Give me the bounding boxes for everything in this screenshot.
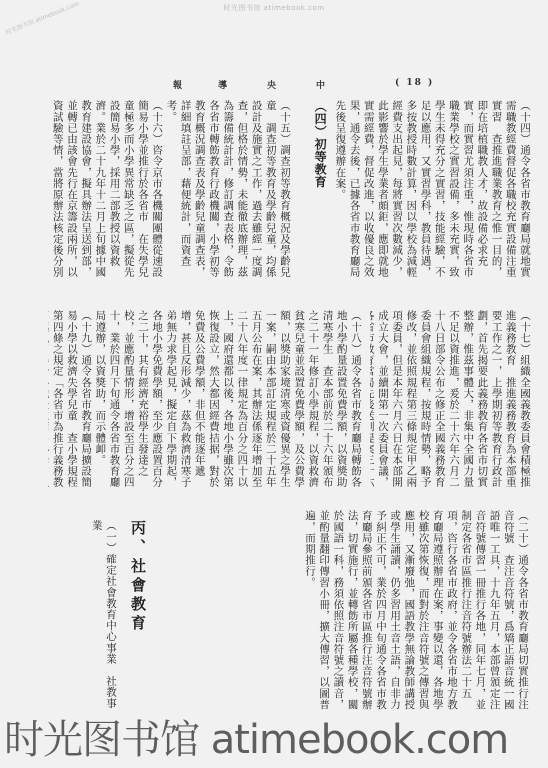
text-block-top-right: （十四）通令各省市教育廳局就地實需職教經費督促各職校充實設備注重實習 查推進職業… xyxy=(300,100,532,285)
header-title-char-2: 央 xyxy=(267,78,276,91)
text-block-mid-right: （十七）組織全國義教委員會積極推進義務教育 推進義務教育為本部重要工作之一，上學… xyxy=(370,310,532,495)
paragraph: （十四）通令各省市教育廳局就地實需職教經費督促各職校充實設備注重實習 查推進職業… xyxy=(333,100,532,285)
paragraph: （一）確定社會教育中心事業 社教事業 xyxy=(90,520,118,710)
section-heading: （四）初等教育 xyxy=(313,100,327,285)
page-header: 中 央 導 報 ( 18 ) xyxy=(0,78,548,94)
paragraph: （十五）調查初等教育概況及學齡兒童 調查初等教育及學齡兒童，均係設計及施實之工作… xyxy=(164,100,292,285)
text-block-bottom-right: （二十）通令各省市教育廳局切實推行注音符號 查注音符號，爲矯正語音統一國語唯一工… xyxy=(200,510,530,710)
paragraph: （十八）通令各省市教育廳局轉飭各地小學酌量設置免費學額，以資獎助清寒學生 查本部… xyxy=(93,310,363,495)
text-block-top-left: （十五）調查初等教育概況及學齡兒童 調查初等教育及學齡兒童，均係設計及施實之工作… xyxy=(52,100,292,285)
header-title-char-4: 報 xyxy=(173,78,182,91)
page-number: ( 18 ) xyxy=(395,78,434,88)
header-title-char-1: 中 xyxy=(316,78,325,91)
section-heading-social-education: 丙、社會教育 xyxy=(126,520,150,710)
top-watermark: 时光图书馆 atimebook.com xyxy=(0,3,548,13)
text-block-bottom-left: 丙、社會教育 （一）確定社會教育中心事業 社教事業 xyxy=(40,520,150,710)
paragraph: （十七）組織全國義教委員會積極推進義務教育 推進義務教育為本部重要工作之一，上學… xyxy=(370,310,532,495)
text-block-mid-left: （十八）通令各省市教育廳局轉飭各地小學酌量設置免費學額，以資獎助清寒學生 查本部… xyxy=(48,310,363,495)
footer-watermark: 时光图书馆 atimebook.com xyxy=(0,712,548,768)
paragraph: （二十）通令各省市教育廳局切實推行注音符號 查注音符號，爲矯正語音統一國語唯一工… xyxy=(303,510,530,710)
paragraph: （十六）咨令京市各機關團體從速設簡易小學並推行於各省市 在失學兒童極多而小學異常… xyxy=(52,100,164,285)
header-title-char-3: 導 xyxy=(218,78,227,91)
paragraph: （十九）通令各省市教育廳局擴設簡易小學以救濟失學兒童 查小學規程第四條之規定「各… xyxy=(48,310,93,495)
